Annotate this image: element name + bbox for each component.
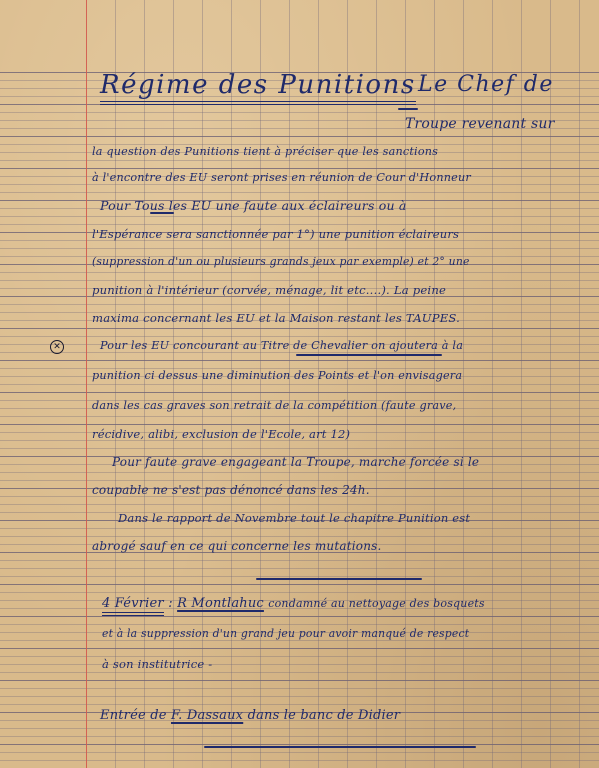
section-separator — [256, 578, 422, 580]
entry-1-date: 4 Février — [102, 596, 164, 616]
red-margin-line — [86, 0, 87, 768]
body-line-9: Pour les EU concourant au Titre de Cheva… — [100, 338, 463, 354]
body-line-2: la question des Punitions tient à précis… — [92, 144, 438, 160]
entry-2-prefix: Entrée de — [100, 708, 167, 723]
body-line-3: à l'encontre des EU seront prises en réu… — [92, 170, 471, 186]
body-line-4: Pour Tous les EU une faute aux éclaireur… — [100, 198, 407, 214]
body-line-6: (suppression d'un ou plusieurs grands je… — [92, 254, 470, 270]
body-line-1: Troupe revenant sur — [405, 116, 555, 132]
circled-x-mark-icon: ✕ — [50, 340, 64, 354]
underline-titre-chevalier — [296, 354, 442, 356]
entry-2-line: Entrée de F. Dassaux dans le banc de Did… — [100, 708, 400, 724]
entry-1-line-3: à son institutrice - — [102, 656, 212, 672]
body-line-12: récidive, alibi, exclusion de l'Ecole, a… — [92, 426, 350, 442]
entry-2-suffix: dans le banc de Didier — [248, 708, 401, 723]
entry-1-line-2: et à la suppression d'un grand jeu pour … — [102, 626, 469, 642]
underline-tous — [150, 212, 174, 214]
body-line-13: Pour faute grave engageant la Troupe, ma… — [112, 454, 479, 470]
body-line-11: dans les cas graves son retrait de la co… — [92, 398, 456, 414]
page-title: Régime des Punitions — [100, 70, 416, 100]
title-text: Régime des Punitions — [100, 70, 416, 105]
body-line-15: Dans le rapport de Novembre tout le chap… — [118, 510, 470, 526]
entry-1-text-1: condamné au nettoyage des bosquets — [268, 597, 485, 610]
body-line-14: coupable ne s'est pas dénoncé dans les 2… — [92, 482, 370, 498]
body-line-5: l'Espérance sera sanctionnée par 1°) une… — [92, 226, 459, 242]
body-line-10: punition ci dessus une diminution des Po… — [92, 368, 462, 384]
closing-separator — [204, 746, 476, 748]
entry-1-line-1: 4 Février : R Montlahuc condamné au nett… — [102, 596, 485, 612]
body-line-7: punition à l'intérieur (corvée, ménage, … — [92, 282, 446, 298]
body-line-16: abrogé sauf en ce qui concerne les mutat… — [92, 538, 382, 554]
body-line-8: maxima concernant les EU et la Maison re… — [92, 310, 460, 326]
title-continuation: Le Chef de — [418, 70, 554, 100]
title-dash — [398, 108, 418, 110]
entry-2-name: F. Dassaux — [171, 708, 243, 723]
entry-1-name: R Montlahuc — [177, 596, 264, 611]
notebook-page: ✕ Régime des Punitions Le Chef de Troupe… — [0, 0, 599, 768]
